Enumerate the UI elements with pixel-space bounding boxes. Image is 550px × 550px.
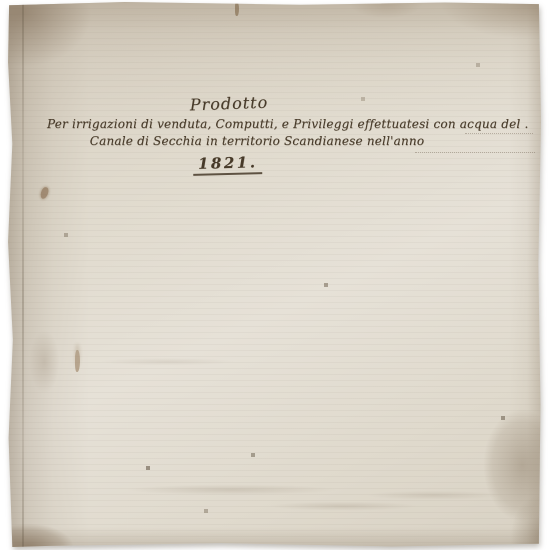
manuscript-shadow-wrap: Prodotto Per irrigazioni di venduta, Com…: [7, 2, 541, 547]
manuscript-year-row: 1821.: [47, 153, 499, 175]
manuscript-line-2: Canale di Secchia in territorio Scandian…: [31, 134, 483, 148]
top-edge-ink-drip: [235, 2, 239, 16]
manuscript-line-1: Per irrigazioni di venduta, Computti, e …: [47, 117, 499, 131]
manuscript-cover-page: Prodotto Per irrigazioni di venduta, Com…: [7, 2, 541, 547]
manuscript-title: Prodotto: [3, 86, 455, 121]
photo-background: Prodotto Per irrigazioni di venduta, Com…: [0, 0, 550, 550]
manuscript-year: 1821.: [193, 153, 263, 176]
foxing-specks: [7, 2, 9, 4]
handwritten-text-block: Prodotto Per irrigazioni di venduta, Com…: [47, 94, 499, 175]
binding-crease: [22, 2, 24, 547]
brown-stain-spot: [40, 186, 50, 199]
drip-stain: [75, 350, 80, 372]
